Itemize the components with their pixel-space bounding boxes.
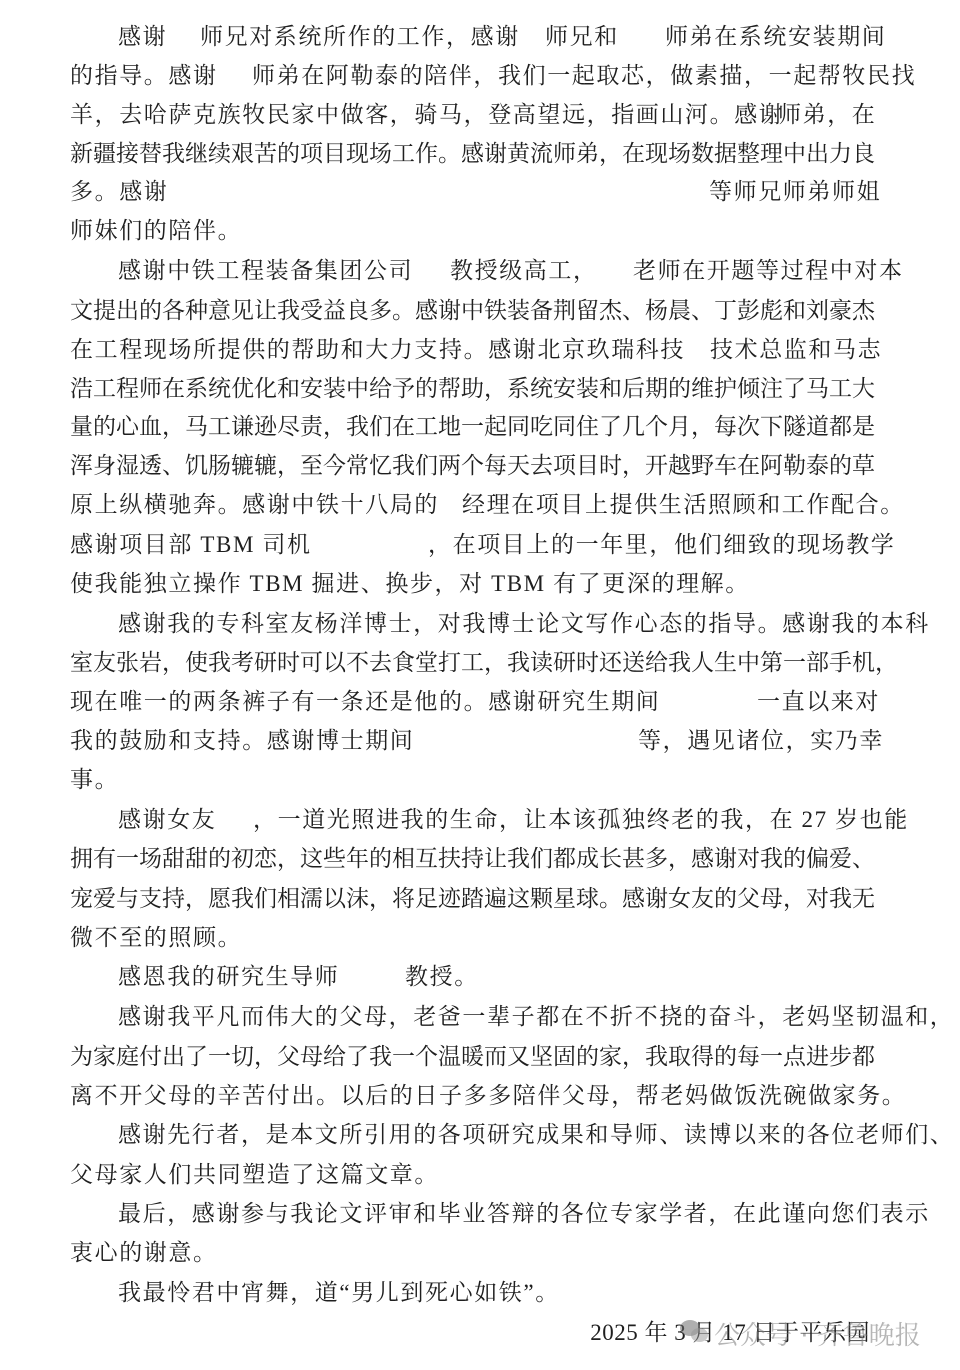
text-line: 父母家人们共同塑造了这篇文章。 xyxy=(0,1160,960,1190)
line-text: 文提出的各种意见让我受益良多。感谢中铁装备荆留杰、杨晨、丁彭彪和刘豪杰 xyxy=(70,296,870,326)
line-segment: 羊，去哈萨克族牧民家中做客，骑马，登高望远，指画山河。感谢 xyxy=(70,100,783,130)
text-line: 我最怜君中宵舞，道“男儿到死心如铁”。 xyxy=(0,1278,960,1308)
line-segment: ，一道光照进我的生命，让本该孤独终老的我，在 27 岁也能 xyxy=(253,805,909,835)
line-segment: 多。感谢 xyxy=(70,177,168,207)
line-segment: 师兄对系统所作的工作，感谢 xyxy=(200,22,520,52)
line-segment: 师弟在阿勒泰的陪伴，我们一起取芯，做素描，一起帮牧民找 xyxy=(252,61,916,91)
text-line: 感谢我的专科室友杨洋博士，对我博士论文写作心态的指导。感谢我的本科 xyxy=(0,609,960,639)
text-line: 量的心血，马工谦逊尽责，我们在工地一起同吃同住了几个月，每次下隧道都是 xyxy=(0,412,960,442)
line-segment: 师弟在系统安装期间 xyxy=(665,22,886,52)
line-segment: 我最怜君中宵舞，道“男儿到死心如铁”。 xyxy=(118,1278,560,1308)
line-text: 量的心血，马工谦逊尽责，我们在工地一起同吃同住了几个月，每次下隧道都是 xyxy=(70,412,870,442)
text-line: 我的鼓励和支持。感谢博士期间等，遇见诸位，实乃幸 xyxy=(0,726,960,756)
line-segment: 技术总监和马志 xyxy=(710,335,882,365)
line-segment: 一直以来对 xyxy=(757,687,880,717)
line-segment: 在工程现场所提供的帮助和大力支持。感谢北京玖瑞科技 xyxy=(70,335,685,365)
line-segment: ，在项目上的一年里，他们细致的现场教学 xyxy=(428,530,895,560)
text-line: 衷心的谢意。 xyxy=(0,1238,960,1268)
text-line: 在工程现场所提供的帮助和大力支持。感谢北京玖瑞科技技术总监和马志 xyxy=(0,335,960,365)
watermark: 公众号 · 齐鲁晚报 xyxy=(680,1316,921,1350)
line-text: 浩工程师在系统优化和安装中给予的帮助，系统安装和后期的维护倾注了马工大 xyxy=(70,374,870,404)
line-segment: 的指导。感谢 xyxy=(70,61,218,91)
text-line: 离不开父母的辛苦付出。以后的日子多多陪伴父母，帮老妈做饭洗碗做家务。 xyxy=(0,1081,960,1111)
text-line: 感恩我的研究生导师教授。 xyxy=(0,962,960,992)
text-line: 多。感谢等师兄师弟师姐 xyxy=(0,177,960,207)
acknowledgements-page: 感谢师兄对系统所作的工作，感谢师兄和师弟在系统安装期间的指导。感谢师弟在阿勒泰的… xyxy=(0,0,960,1370)
text-line: 浩工程师在系统优化和安装中给予的帮助，系统安装和后期的维护倾注了马工大 xyxy=(0,374,960,404)
line-segment: 感谢女友 xyxy=(118,805,216,835)
text-line: 感谢先行者，是本文所引用的各项研究成果和导师、读博以来的各位老师们、 xyxy=(0,1120,960,1150)
line-segment: 父母家人们共同塑造了这篇文章。 xyxy=(70,1160,439,1190)
text-line: 事。 xyxy=(0,765,960,795)
text-line: 使我能独立操作 TBM 掘进、换步，对 TBM 有了更深的理解。 xyxy=(0,569,960,599)
line-segment: 感谢我平凡而伟大的父母，老爸一辈子都在不折不挠的奋斗，老妈坚韧温和， xyxy=(118,1002,954,1032)
line-segment: 最后，感谢参与我论文评审和毕业答辩的各位专家学者，在此谨向您们表示 xyxy=(118,1199,930,1229)
line-segment: 感谢中铁工程装备集团公司 xyxy=(118,256,413,286)
line-segment: 事。 xyxy=(70,765,119,795)
line-segment: 离不开父母的辛苦付出。以后的日子多多陪伴父母，帮老妈做饭洗碗做家务。 xyxy=(70,1081,906,1111)
line-segment: 感谢先行者，是本文所引用的各项研究成果和导师、读博以来的各位老师们、 xyxy=(118,1120,954,1150)
line-segment: 等师兄师弟师姐 xyxy=(709,177,881,207)
line-segment: 经理在项目上提供生活照顾和工作配合。 xyxy=(462,490,905,520)
line-segment: 教授级高工， xyxy=(450,256,598,286)
line-segment: 衷心的谢意。 xyxy=(70,1238,218,1268)
line-text: 拥有一场甜甜的初恋，这些年的相互扶持让我们都成长甚多，感谢对我的偏爱、 xyxy=(70,844,870,874)
line-segment: 使我能独立操作 TBM 掘进、换步，对 TBM 有了更深的理解。 xyxy=(70,569,750,599)
line-segment: 等，遇见诸位，实乃幸 xyxy=(638,726,884,756)
line-segment: 原上纵横驰奔。感谢中铁十八局的 xyxy=(70,490,439,520)
text-line: 为家庭付出了一切，父母给了我一个温暖而又坚固的家，我取得的每一点进步都 xyxy=(0,1042,960,1072)
line-text: 宠爱与支持，愿我们相濡以沫，将足迹踏遍这颗星球。感谢女友的父母，对我无 xyxy=(70,884,870,914)
line-segment: 感谢 xyxy=(118,22,167,52)
text-line: 文提出的各种意见让我受益良多。感谢中铁装备荆留杰、杨晨、丁彭彪和刘豪杰 xyxy=(0,296,960,326)
text-line: 师妹们的陪伴。 xyxy=(0,216,960,246)
text-line: 最后，感谢参与我论文评审和毕业答辩的各位专家学者，在此谨向您们表示 xyxy=(0,1199,960,1229)
watermark-text: 公众号 · 齐鲁晚报 xyxy=(714,1315,921,1352)
line-text: 新疆接替我继续艰苦的项目现场工作。感谢黄流师弟，在现场数据整理中出力良 xyxy=(70,139,870,169)
text-line: 感谢项目部 TBM 司机，在项目上的一年里，他们细致的现场教学 xyxy=(0,530,960,560)
line-segment: 我的鼓励和支持。感谢博士期间 xyxy=(70,726,414,756)
text-line: 感谢中铁工程装备集团公司教授级高工，老师在开题等过程中对本 xyxy=(0,256,960,286)
line-text: 室友张岩，使我考研时可以不去食堂打工，我读研时还送给我人生中第一部手机， xyxy=(70,648,870,678)
text-line: 感谢女友，一道光照进我的生命，让本该孤独终老的我，在 27 岁也能 xyxy=(0,805,960,835)
line-segment: 师弟，在 xyxy=(778,100,876,130)
text-line: 微不至的照顾。 xyxy=(0,923,960,953)
line-text: 浑身湿透、饥肠辘辘，至今常忆我们两个每天去项目时，开越野车在阿勒泰的草 xyxy=(70,451,870,481)
line-segment: 感谢项目部 TBM 司机 xyxy=(70,530,312,560)
line-segment: 感谢我的专科室友杨洋博士，对我博士论文写作心态的指导。感谢我的本科 xyxy=(118,609,930,639)
text-line: 感谢我平凡而伟大的父母，老爸一辈子都在不折不挠的奋斗，老妈坚韧温和， xyxy=(0,1002,960,1032)
line-text: 为家庭付出了一切，父母给了我一个温暖而又坚固的家，我取得的每一点进步都 xyxy=(70,1042,870,1072)
text-line: 羊，去哈萨克族牧民家中做客，骑马，登高望远，指画山河。感谢师弟，在 xyxy=(0,100,960,130)
text-line: 现在唯一的两条裤子有一条还是他的。感谢研究生期间一直以来对 xyxy=(0,687,960,717)
line-segment: 感恩我的研究生导师 xyxy=(118,962,339,992)
line-segment: 师兄和 xyxy=(545,22,619,52)
text-line: 的指导。感谢师弟在阿勒泰的陪伴，我们一起取芯，做素描，一起帮牧民找 xyxy=(0,61,960,91)
text-line: 室友张岩，使我考研时可以不去食堂打工，我读研时还送给我人生中第一部手机， xyxy=(0,648,960,678)
line-segment: 师妹们的陪伴。 xyxy=(70,216,242,246)
line-segment: 微不至的照顾。 xyxy=(70,923,242,953)
text-line: 感谢师兄对系统所作的工作，感谢师兄和师弟在系统安装期间 xyxy=(0,22,960,52)
text-line: 新疆接替我继续艰苦的项目现场工作。感谢黄流师弟，在现场数据整理中出力良 xyxy=(0,139,960,169)
text-line: 原上纵横驰奔。感谢中铁十八局的经理在项目上提供生活照顾和工作配合。 xyxy=(0,490,960,520)
line-segment: 老师在开题等过程中对本 xyxy=(633,256,904,286)
text-line: 浑身湿透、饥肠辘辘，至今常忆我们两个每天去项目时，开越野车在阿勒泰的草 xyxy=(0,451,960,481)
wechat-icon xyxy=(680,1320,710,1346)
line-segment: 教授。 xyxy=(405,962,479,992)
text-line: 宠爱与支持，愿我们相濡以沫，将足迹踏遍这颗星球。感谢女友的父母，对我无 xyxy=(0,884,960,914)
text-line: 拥有一场甜甜的初恋，这些年的相互扶持让我们都成长甚多，感谢对我的偏爱、 xyxy=(0,844,960,874)
line-segment: 现在唯一的两条裤子有一条还是他的。感谢研究生期间 xyxy=(70,687,660,717)
